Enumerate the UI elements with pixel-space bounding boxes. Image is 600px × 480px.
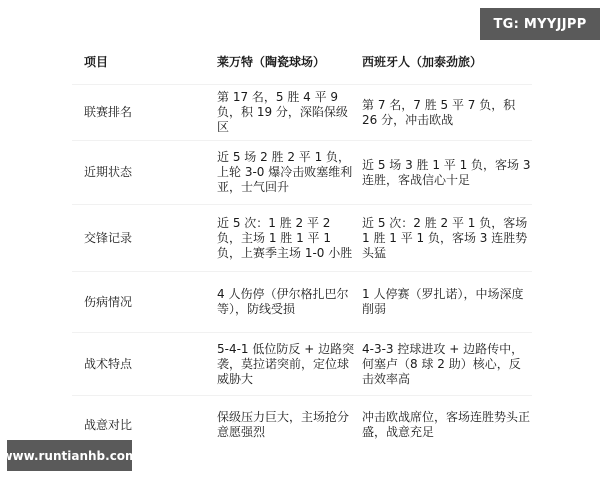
- header-away-team: 西班牙人（加泰劲旅）: [362, 55, 532, 70]
- row-label: 联赛排名: [72, 105, 217, 120]
- table-row: 联赛排名 第 17 名，5 胜 4 平 9 负，积 19 分，深陷保级区 第 7…: [72, 85, 532, 141]
- home-value: 第 17 名，5 胜 4 平 9 负，积 19 分，深陷保级区: [217, 90, 362, 135]
- away-value: 冲击欧战席位，客场连胜势头正盛，战意充足: [362, 410, 532, 440]
- home-value: 近 5 次：1 胜 2 平 2 负，主场 1 胜 1 平 1 负，上赛季主场 1…: [217, 216, 362, 261]
- home-value: 4 人伤停（伊尔格扎巴尔等），防线受损: [217, 287, 362, 317]
- away-value: 第 7 名，7 胜 5 平 7 负，积 26 分，冲击欧战: [362, 98, 532, 128]
- site-watermark: www.runtianhb.com: [7, 440, 132, 471]
- header-home-team: 莱万特（陶瓷球场）: [217, 55, 362, 70]
- table-row: 交锋记录 近 5 次：1 胜 2 平 2 负，主场 1 胜 1 平 1 负，上赛…: [72, 205, 532, 272]
- away-value: 4-3-3 控球进攻 + 边路传中，何塞卢（8 球 2 助）核心，反击效率高: [362, 342, 532, 387]
- away-value: 近 5 次：2 胜 2 平 1 负，客场 1 胜 1 平 1 负，客场 3 连胜…: [362, 216, 532, 261]
- table-row: 伤病情况 4 人伤停（伊尔格扎巴尔等），防线受损 1 人停赛（罗扎诺），中场深度…: [72, 272, 532, 333]
- home-value: 保级压力巨大，主场抢分意愿强烈: [217, 410, 362, 440]
- table-row: 近期状态 近 5 场 2 胜 2 平 1 负，上轮 3-0 爆冷击败塞维利亚，士…: [72, 141, 532, 205]
- row-label: 近期状态: [72, 165, 217, 180]
- away-value: 近 5 场 3 胜 1 平 1 负，客场 3 连胜，客战信心十足: [362, 158, 532, 188]
- table-row: 战意对比 保级压力巨大，主场抢分意愿强烈 冲击欧战席位，客场连胜势头正盛，战意充…: [72, 396, 532, 454]
- table-header-row: 项目 莱万特（陶瓷球场） 西班牙人（加泰劲旅）: [72, 40, 532, 85]
- row-label: 战术特点: [72, 357, 217, 372]
- row-label: 交锋记录: [72, 231, 217, 246]
- comparison-table: 项目 莱万特（陶瓷球场） 西班牙人（加泰劲旅） 联赛排名 第 17 名，5 胜 …: [72, 40, 532, 454]
- home-value: 5-4-1 低位防反 + 边路突袭，莫拉诺突前，定位球威胁大: [217, 342, 362, 387]
- row-label: 战意对比: [72, 418, 217, 433]
- header-item: 项目: [72, 55, 217, 70]
- row-label: 伤病情况: [72, 295, 217, 310]
- home-value: 近 5 场 2 胜 2 平 1 负，上轮 3-0 爆冷击败塞维利亚，士气回升: [217, 150, 362, 195]
- tg-watermark: TG: MYYJJPP: [480, 8, 600, 40]
- table-row: 战术特点 5-4-1 低位防反 + 边路突袭，莫拉诺突前，定位球威胁大 4-3-…: [72, 333, 532, 396]
- away-value: 1 人停赛（罗扎诺），中场深度削弱: [362, 287, 532, 317]
